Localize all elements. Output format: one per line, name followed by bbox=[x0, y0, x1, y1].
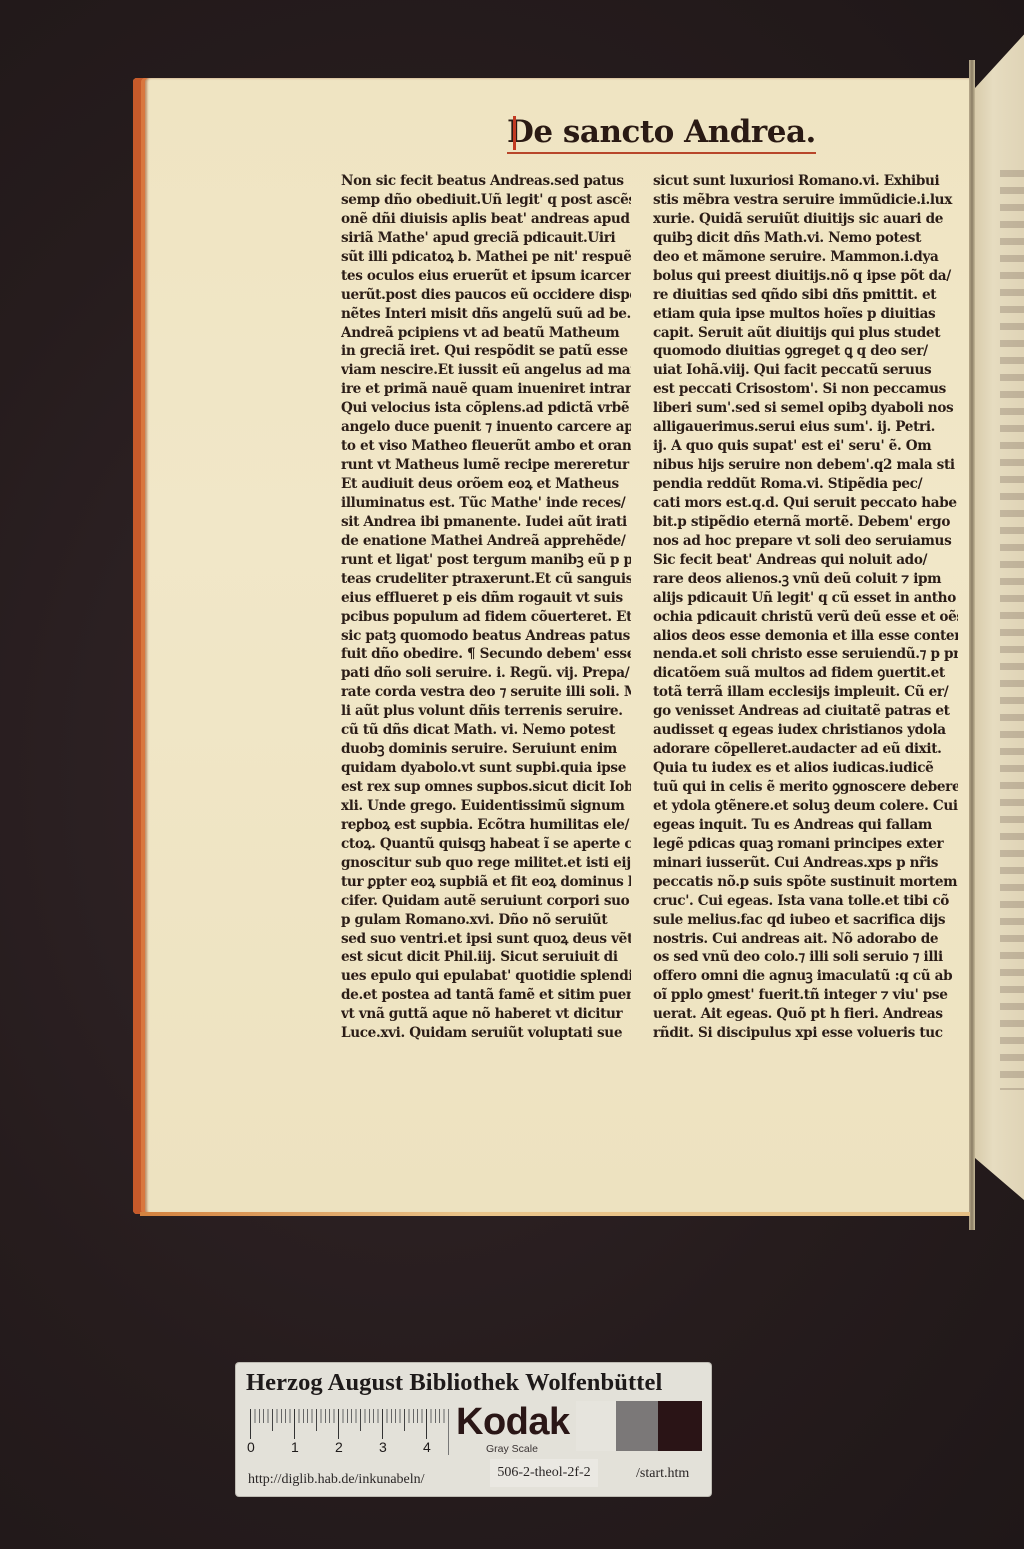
text-line: sũt illi pdicatoꝝ b. Mathei pe nit' resp… bbox=[341, 248, 631, 267]
text-line: Quia tu iudex es et alios iudicas.iudicẽ bbox=[653, 759, 958, 778]
text-line: re diuitias sed qñdo sibi dñs pmittit. e… bbox=[653, 286, 958, 305]
text-line: sicut sunt luxuriosi Romano.vi. Exhibui bbox=[653, 172, 958, 191]
text-line: ij. A quo quis supat' est ei' seru' ẽ. O… bbox=[653, 437, 958, 456]
text-line: cati mors est.q.d. Qui seruit peccato ha… bbox=[653, 494, 958, 513]
library-label-card: Herzog August Bibliothek Wolfenbüttel 0 … bbox=[236, 1363, 711, 1496]
text-line: Et audiuit deus orõem eoꝝ et Matheus bbox=[341, 475, 631, 494]
text-line: uerũt.post dies paucos eũ occidere dispo… bbox=[341, 286, 631, 305]
gray-patch-white bbox=[576, 1401, 616, 1451]
text-line: cruc'. Cui egeas. Ista vana tolle.et tib… bbox=[653, 892, 958, 911]
text-line: onẽ dñi diuisis aplis beat' andreas apud bbox=[341, 210, 631, 229]
text-line: liberi sum'.sed si semel opibꝫ dyaboli n… bbox=[653, 399, 958, 418]
text-line: pati dño soli seruire. i. Regũ. vij. Pre… bbox=[341, 664, 631, 683]
text-line: angelo duce puenit ⁊ inuento carcere ap/ bbox=[341, 418, 631, 437]
text-line: siriã Mathe' apud greciã pdicauit.Uiri bbox=[341, 229, 631, 248]
text-line: viam nescire.Et iussit eũ angelus ad mar… bbox=[341, 361, 631, 380]
ruler-numbers: 0 1 2 3 4 bbox=[247, 1439, 447, 1455]
text-line: etiam quia ipse multos hoĩes p diuitias bbox=[653, 305, 958, 324]
text-line: tes oculos eius eruerũt et ipsum icarcer… bbox=[341, 267, 631, 286]
page-edge bbox=[140, 1212, 970, 1216]
text-line: uiat Iohã.viij. Qui facit peccatũ seruus bbox=[653, 361, 958, 380]
text-line: gnoscitur sub quo rege militet.et isti e… bbox=[341, 854, 631, 873]
text-line: et ydola ꝯtẽnere.et soluꝫ deum colere. C… bbox=[653, 797, 958, 816]
text-line: rñdit. Si discipulus xpi esse volueris t… bbox=[653, 1024, 958, 1043]
ruler-number: 4 bbox=[423, 1439, 431, 1455]
text-line: Non sic fecit beatus Andreas.sed patus bbox=[341, 172, 631, 191]
text-line: quidam dyabolo.vt sunt supbi.quia ipse bbox=[341, 759, 631, 778]
text-line: est rex sup omnes supbos.sicut dicit Iob… bbox=[341, 778, 631, 797]
text-line: li aũt plus volunt dñis terrenis seruire… bbox=[341, 702, 631, 721]
text-line: xli. Unde grego. Euidentissimũ signum bbox=[341, 797, 631, 816]
text-column-right: sicut sunt luxuriosi Romano.vi. Exhibuis… bbox=[653, 172, 958, 1043]
text-line: oĩ pplo ꝯmest' fuerit.tñ integer ⁊ viu' … bbox=[653, 986, 958, 1005]
text-line: sed suo ventri.et ipsi sunt quoꝝ deus vẽ… bbox=[341, 930, 631, 949]
text-line: egeas inquit. Tu es Andreas qui fallam bbox=[653, 816, 958, 835]
text-line: Qui velocius ista cõplens.ad pdictã vrbẽ bbox=[341, 399, 631, 418]
text-line: duobꝫ dominis seruire. Seruiunt enim bbox=[341, 740, 631, 759]
text-line: runt et ligat' post tergum manibꝫ eũ p p… bbox=[341, 551, 631, 570]
text-line: ctoꝝ. Quantũ quisqꝫ habeat ĩ se aperte c… bbox=[341, 835, 631, 854]
text-line: runt vt Matheus lumẽ recipe mereretur bbox=[341, 456, 631, 475]
ruler-ticks bbox=[250, 1409, 448, 1439]
text-line: nẽtes Interi misit dñs angelũ suũ ad be. bbox=[341, 305, 631, 324]
text-line: peccatis nõ.p suis spõte sustinuit morte… bbox=[653, 873, 958, 892]
text-line: dicatõem suã multos ad fidem ꝯuertit.et bbox=[653, 664, 958, 683]
kodak-logo: Kodak bbox=[456, 1401, 570, 1444]
text-line: sic patꝫ quomodo beatus Andreas patus bbox=[341, 627, 631, 646]
ruler-number: 1 bbox=[291, 1439, 299, 1455]
running-head: De sancto Andrea. bbox=[507, 112, 816, 154]
text-line: est sicut dicit Phil.iij. Sicut seruiuit… bbox=[341, 948, 631, 967]
grayscale-label: Gray Scale bbox=[486, 1443, 538, 1455]
text-line: offero omni die agnuꝫ imaculatũ :q cũ ab bbox=[653, 967, 958, 986]
text-line: pcibus populum ad fidem cõuerteret. Et bbox=[341, 608, 631, 627]
text-line: cifer. Quidam autẽ seruiunt corpori suo bbox=[341, 892, 631, 911]
text-line: totã terrã illam ecclesijs impleuit. Cũ … bbox=[653, 683, 958, 702]
text-line: to et viso Matheo fleuerũt ambo et orane bbox=[341, 437, 631, 456]
label-url-suffix: /start.htm bbox=[636, 1466, 689, 1482]
shelfmark: 506-2-theol-2f-2 bbox=[490, 1459, 598, 1487]
text-line: in greciã iret. Qui respõdit se patũ ess… bbox=[341, 342, 631, 361]
ruler-number: 3 bbox=[379, 1439, 387, 1455]
text-line: go venisset Andreas ad ciuitatẽ patras e… bbox=[653, 702, 958, 721]
book-gutter bbox=[969, 60, 975, 1230]
text-line: rate corda vestra deo ⁊ seruite illi sol… bbox=[341, 683, 631, 702]
gray-patch-dark bbox=[658, 1401, 702, 1451]
text-line: nibus hijs seruire non debem'.q2 mala st… bbox=[653, 456, 958, 475]
text-line: adorare cõpelleret.audacter ad eũ dixit. bbox=[653, 740, 958, 759]
facing-page-text-bleed bbox=[1000, 170, 1024, 1090]
text-line: audisset q egeas iudex christianos ydola bbox=[653, 721, 958, 740]
text-line: minari iusserũt. Cui Andreas.xps p nr̃is bbox=[653, 854, 958, 873]
text-line: alijs pdicauit Uñ legit' q cũ esset in a… bbox=[653, 589, 958, 608]
text-line: alligauerimus.serui eius sum'. ij. Petri… bbox=[653, 418, 958, 437]
text-line: alios deos esse demonia et illa esse con… bbox=[653, 627, 958, 646]
text-line: os sed vnũ deo colo.⁊ illi soli seruio ⁊… bbox=[653, 948, 958, 967]
label-url: http://diglib.hab.de/inkunabeln/ bbox=[248, 1472, 425, 1488]
text-line: rare deos alienos.ꝫ vnũ deũ coluit ⁊ ipm bbox=[653, 570, 958, 589]
text-line: teas crudeliter ptraxerunt.Et cũ sanguis bbox=[341, 570, 631, 589]
running-head-text: De sancto Andrea. bbox=[507, 114, 816, 150]
text-line: p gulam Romano.xvi. Dño nõ seruiũt bbox=[341, 911, 631, 930]
text-line: bolus qui preest diuitijs.nõ q ipse põt … bbox=[653, 267, 958, 286]
text-line: quibꝫ dicit dñs Math.vi. Nemo potest bbox=[653, 229, 958, 248]
text-line: cũ tũ dñs dicat Math. vi. Nemo potest bbox=[341, 721, 631, 740]
text-line: vt vnã guttã aque nõ haberet vt dicitur bbox=[341, 1005, 631, 1024]
text-line: Luce.xvi. Quidam seruiũt voluptati sue bbox=[341, 1024, 631, 1043]
library-name: Herzog August Bibliothek Wolfenbüttel bbox=[246, 1369, 706, 1397]
text-line: xurie. Quidã seruiũt diuitijs sic auari … bbox=[653, 210, 958, 229]
text-line: est peccati Crisostom'. Si non peccamus bbox=[653, 380, 958, 399]
text-line: nos ad hoc prepare vt soli deo seruiamus bbox=[653, 532, 958, 551]
text-line: sit Andrea ibi pmanente. Iudei aũt irati bbox=[341, 513, 631, 532]
gray-patch-mid bbox=[616, 1401, 658, 1451]
text-line: de enatione Mathei Andreã apprehẽde/ bbox=[341, 532, 631, 551]
text-line: nostris. Cui andreas ait. Nõ adorabo de bbox=[653, 930, 958, 949]
text-line: semp dño obediuit.Uñ legit' q post ascẽs… bbox=[341, 191, 631, 210]
text-line: fuit dño obedire. ¶ Secundo debem' esse bbox=[341, 645, 631, 664]
text-line: tur ꝑpter eoꝝ supbiã et fit eoꝝ dominus … bbox=[341, 873, 631, 892]
text-line: deo et mãmone seruire. Mammon.i.dya bbox=[653, 248, 958, 267]
text-line: nenda.et soli christo esse seruiendũ.⁊ p… bbox=[653, 645, 958, 664]
text-line: de.et postea ad tantã famẽ et sitim puen… bbox=[341, 986, 631, 1005]
text-line: tuũ qui in celis ẽ merito ꝯgnoscere debe… bbox=[653, 778, 958, 797]
text-line: stis mẽbra vestra seruire immũdicie.i.lu… bbox=[653, 191, 958, 210]
text-line: Sic fecit beat' Andreas qui noluit ado/ bbox=[653, 551, 958, 570]
ruler-number: 0 bbox=[247, 1439, 255, 1455]
text-line: eius efflueret p eis dñm rogauit vt suis bbox=[341, 589, 631, 608]
ruler-scale: 0 1 2 3 4 bbox=[250, 1409, 449, 1455]
text-line: illuminatus est. Tũc Mathe' inde reces/ bbox=[341, 494, 631, 513]
text-line: pendia reddũt Roma.vi. Stipẽdia pec/ bbox=[653, 475, 958, 494]
ruler-number: 2 bbox=[335, 1439, 343, 1455]
text-line: reꝑboꝝ est supbia. Ecõtra humilitas ele/ bbox=[341, 816, 631, 835]
text-line: ues epulo qui epulabat' quotidie splendi… bbox=[341, 967, 631, 986]
text-line: ire et primã nauẽ quam inueniret intrare bbox=[341, 380, 631, 399]
text-line: uerat. Ait egeas. Quõ pt h fieri. Andrea… bbox=[653, 1005, 958, 1024]
text-line: sule melius.fac qd iubeo et sacrifica di… bbox=[653, 911, 958, 930]
text-line: Andreã pcipiens vt ad beatũ Matheum bbox=[341, 324, 631, 343]
text-line: legẽ pdicas quaꝫ romani principes exter bbox=[653, 835, 958, 854]
text-line: bit.p stipẽdio eternã mortẽ. Debem' ergo bbox=[653, 513, 958, 532]
text-line: capit. Seruit aũt diuitijs qui plus stud… bbox=[653, 324, 958, 343]
text-column-left: Non sic fecit beatus Andreas.sed patusse… bbox=[341, 172, 631, 1043]
text-line: quomodo diuitias ꝯgreget ꝗ q deo ser/ bbox=[653, 342, 958, 361]
text-line: ochia pdicauit christũ verũ deũ esse et … bbox=[653, 608, 958, 627]
